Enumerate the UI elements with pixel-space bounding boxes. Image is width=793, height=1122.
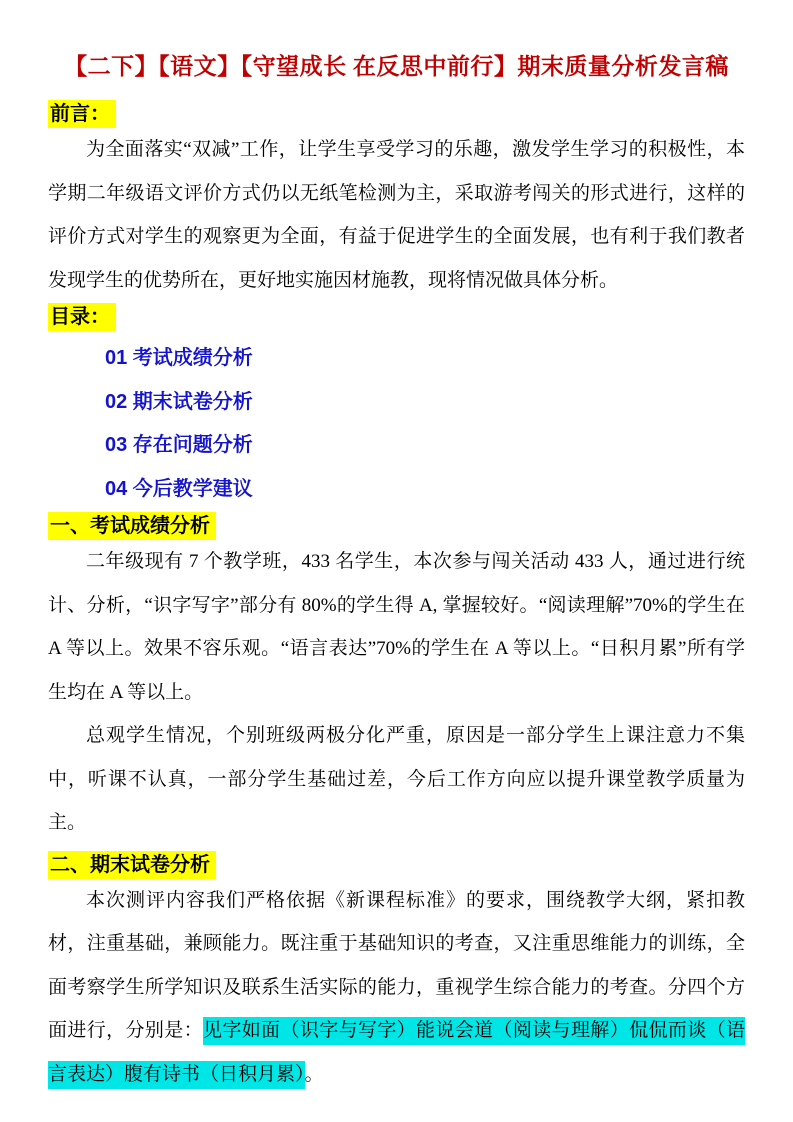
- preface-heading: 前言：: [48, 100, 116, 128]
- toc-item-final-paper[interactable]: 02 期末试卷分析: [105, 381, 253, 425]
- section1-heading: 一、考试成绩分析: [48, 512, 216, 540]
- section2-paragraph: 本次测评内容我们严格依据《新课程标准》的要求，围绕教学大纲，紧扣教材，注重基础，…: [48, 879, 745, 1097]
- document-page: 【二下】【语文】【守望成长 在反思中前行】期末质量分析发言稿 前言： 为全面落实…: [0, 0, 793, 1122]
- section2-heading-row: 二、期末试卷分析: [48, 851, 745, 879]
- toc-item-problems[interactable]: 03 存在问题分析: [105, 424, 253, 468]
- section1-paragraph-2: 总观学生情况，个别班级两极分化严重，原因是一部分学生上课注意力不集中，听课不认真…: [48, 714, 745, 845]
- toc-item-teaching-suggestions[interactable]: 04 今后教学建议: [105, 468, 253, 512]
- table-of-contents: 01 考试成绩分析 02 期末试卷分析 03 存在问题分析 04 今后教学建议: [48, 337, 745, 511]
- toc-heading-row: 目录：: [48, 303, 745, 331]
- section2-heading: 二、期末试卷分析: [48, 851, 216, 879]
- section1-heading-row: 一、考试成绩分析: [48, 512, 745, 540]
- preface-heading-row: 前言：: [48, 100, 745, 128]
- toc-item-exam-results[interactable]: 01 考试成绩分析: [105, 337, 253, 381]
- section1-paragraph-1: 二年级现有 7 个教学班，433 名学生，本次参与闯关活动 433 人，通过进行…: [48, 540, 745, 714]
- section2-paragraph-tail: 。: [305, 1064, 324, 1085]
- document-title: 【二下】【语文】【守望成长 在反思中前行】期末质量分析发言稿: [48, 52, 745, 82]
- preface-paragraph: 为全面落实“双减”工作，让学生享受学习的乐趣，激发学生学习的积极性，本学期二年级…: [48, 128, 745, 302]
- toc-heading: 目录：: [48, 303, 116, 331]
